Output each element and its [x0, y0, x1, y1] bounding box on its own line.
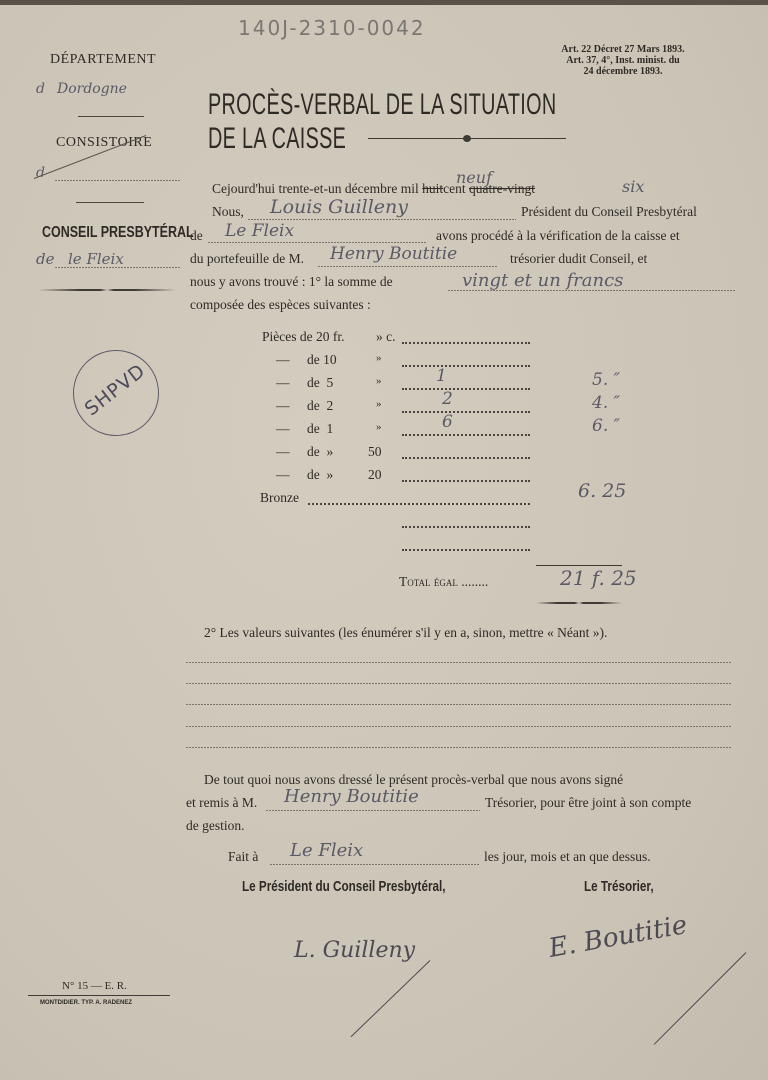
- handwritten-neuf: neuf: [456, 168, 492, 187]
- coin-row-count: 2: [442, 389, 453, 409]
- departement-field: d Dordogne: [36, 80, 182, 98]
- form-number: N° 15 — E. R.: [62, 980, 127, 992]
- page-top-edge: [0, 0, 768, 5]
- tresorier-signature-label: Le Trésorier,: [584, 878, 654, 895]
- title-ornament-dot: [463, 135, 471, 142]
- remis-name: Henry Boutitie: [284, 786, 419, 807]
- handwritten-year: six: [622, 177, 644, 196]
- fait-place: Le Fleix: [290, 840, 363, 861]
- de-label: de: [190, 228, 203, 244]
- fait-suffix: les jour, mois et an que dessus.: [484, 849, 651, 865]
- coin-row-unit: »: [376, 352, 382, 364]
- president-signature: L. Guilleny: [294, 938, 415, 963]
- treasurer-field-line: [318, 266, 498, 267]
- coin-row-label: de 1: [307, 421, 333, 437]
- closing-line-3: de gestion.: [186, 818, 245, 834]
- coin-row-count: 6: [442, 412, 453, 432]
- total-label: Total égal ........: [399, 574, 488, 590]
- coin-row-dots: [402, 401, 530, 413]
- president-signature-label: Le Président du Conseil Presbytéral,: [242, 878, 446, 895]
- conseil-label: CONSEIL PRESBYTÉRAL: [42, 224, 194, 242]
- total-value: 21 f. 25: [560, 566, 637, 590]
- shpvd-stamp: SHPVD: [73, 350, 159, 436]
- fait-field-line: [270, 864, 480, 865]
- composee-text: composée des espèces suivantes :: [190, 297, 371, 313]
- coin-row-amount: 5. ″: [592, 370, 620, 390]
- president-suffix: Président du Conseil Presbytéral: [521, 204, 697, 220]
- coin-row-dots: [402, 378, 530, 390]
- coin-row-unit: »: [376, 375, 382, 387]
- portefeuille-label: du portefeuille de M.: [190, 251, 304, 267]
- coin-row-label: de 2: [307, 398, 333, 414]
- conseil-value: le Fleix: [68, 250, 124, 268]
- legal-ref-line-2: Art. 37, 4°, Inst. minist. du: [548, 55, 698, 66]
- coin-row-dash: —: [276, 444, 290, 460]
- trouve-label: nous y avons trouvé : 1° la somme de: [190, 274, 393, 290]
- coin-row-dots: [308, 493, 530, 505]
- consistoire-field-line: [55, 180, 181, 181]
- page-title: PROCÈS-VERBAL DE LA SITUATION DE LA CAIS…: [208, 88, 578, 156]
- coin-row-dash: —: [276, 375, 290, 391]
- coin-row-label: de 10: [307, 352, 337, 368]
- coin-row-dots: [402, 332, 530, 344]
- coin-row-label: de »: [307, 444, 333, 460]
- valeurs-line[interactable]: [186, 683, 732, 684]
- valeurs-heading: 2° Les valeurs suivantes (les énumérer s…: [204, 625, 607, 641]
- valeurs-line[interactable]: [186, 726, 732, 727]
- valeurs-line[interactable]: [186, 747, 732, 748]
- coin-row-unit: »: [376, 398, 382, 410]
- coin-row-count: 1: [436, 366, 447, 386]
- coin-row-dots: [402, 470, 530, 482]
- coin-row-dash: —: [276, 421, 290, 437]
- conseil-field-line: [55, 267, 181, 268]
- coin-row-label: de 5: [307, 375, 333, 391]
- archive-reference: 140J-2310-0042: [238, 16, 426, 40]
- coin-row-label: Pièces de 20 fr.: [262, 329, 344, 345]
- legal-ref-line-3: 24 décembre 1893.: [548, 66, 698, 77]
- blank-dots: [402, 516, 530, 528]
- fait-label: Fait à: [228, 849, 258, 865]
- coin-row-amount: 6. ″: [592, 416, 620, 436]
- somme-value: vingt et un francs: [462, 270, 623, 291]
- ornament-divider: [38, 289, 176, 291]
- printer-credit: MONTDIDIER. TYP. A. RADENEZ: [40, 1000, 132, 1006]
- place-field-line: [208, 242, 426, 243]
- nous-label: Nous,: [212, 204, 244, 220]
- departement-label: DÉPARTEMENT: [50, 52, 156, 68]
- stamp-text: SHPVD: [81, 360, 150, 421]
- coin-row-amount: 6. 25: [578, 480, 626, 502]
- date-printed: Cejourd'hui trente-et-un décembre mil: [212, 181, 419, 196]
- conseil-prefix: de: [36, 250, 54, 268]
- president-name: Louis Guilleny: [270, 196, 408, 218]
- coin-row-unit: 20: [368, 467, 382, 483]
- departement-prefix: d: [36, 81, 45, 97]
- coin-row-dash: —: [276, 352, 290, 368]
- coin-row-unit: »: [376, 421, 382, 433]
- coin-row-dots: [402, 355, 530, 367]
- president-field-line: [248, 219, 516, 220]
- ornament-divider: [76, 202, 144, 203]
- blank-dots: [402, 539, 530, 551]
- valeurs-line[interactable]: [186, 704, 732, 705]
- place-value: Le Fleix: [225, 221, 294, 241]
- remis-suffix: Trésorier, pour être joint à son compte: [485, 795, 691, 811]
- coin-row-label: de »: [307, 467, 333, 483]
- coin-row-label: Bronze: [260, 490, 299, 506]
- coin-row-dots: [402, 424, 530, 436]
- coin-row-amount: 4. ″: [592, 393, 620, 413]
- struck-huit: huit: [422, 181, 443, 196]
- coin-row-dash: —: [276, 398, 290, 414]
- coin-row-dash: —: [276, 467, 290, 483]
- avons-text: avons procédé à la vérification de la ca…: [436, 228, 680, 244]
- treasurer-name: Henry Boutitie: [330, 244, 457, 264]
- departement-value: Dordogne: [57, 81, 127, 97]
- remis-label: et remis à M.: [186, 795, 257, 811]
- legal-reference: Art. 22 Décret 27 Mars 1893. Art. 37, 4°…: [548, 44, 698, 77]
- valeurs-line[interactable]: [186, 662, 732, 663]
- footer-rule: [28, 995, 170, 996]
- remis-field-line: [266, 810, 480, 811]
- coin-row-unit: 50: [368, 444, 382, 460]
- tresorier-suffix: trésorier dudit Conseil, et: [510, 251, 647, 267]
- coin-row-unit: » c.: [376, 329, 396, 345]
- legal-ref-line-1: Art. 22 Décret 27 Mars 1893.: [548, 44, 698, 55]
- ornament-divider: [78, 116, 144, 117]
- total-ornament: [536, 602, 622, 604]
- coin-row-dots: [402, 447, 530, 459]
